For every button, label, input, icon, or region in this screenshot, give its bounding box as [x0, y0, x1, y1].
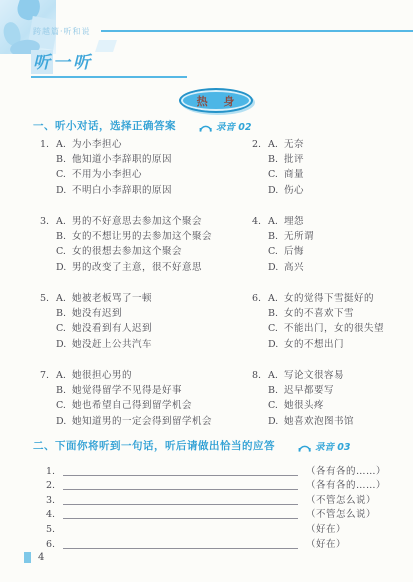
option-row: C.不能出门，女的很失望: [268, 321, 406, 336]
option-letter: C.: [268, 244, 284, 259]
option-letter: C.: [56, 398, 72, 413]
option-row: C.她没看到有人迟到: [56, 321, 252, 336]
option-letter: D.: [268, 337, 284, 352]
option-text: 女的很想去参加这个聚会: [72, 244, 182, 259]
option-row: B.女的不想让男的去参加这个聚会: [56, 229, 252, 244]
option-text: 埋怨: [284, 214, 304, 229]
option-letter: A.: [268, 368, 284, 383]
option-text: 商量: [284, 167, 304, 182]
option-row: D.她知道男的一定会得到留学机会: [56, 414, 252, 429]
option-text: 迟早都要写: [284, 383, 334, 398]
option-text: 为小李担心: [72, 137, 122, 152]
option-text: 女的不想让男的去参加这个聚会: [72, 229, 212, 244]
option-letter: D.: [56, 337, 72, 352]
answer-blank: [63, 479, 298, 490]
textbook-page: 跨越篇·听和说 听一听 热 身 一、听小对话，选择正确答案 录音 02 1.A.…: [0, 0, 413, 582]
option-letter: A.: [56, 368, 72, 383]
answer-blank: [63, 494, 298, 505]
option-letter: D.: [56, 260, 72, 275]
option-row: B.迟早都要写: [268, 383, 406, 398]
response-number: 3.: [46, 495, 61, 506]
option-text: 不明白小李辞职的原因: [72, 183, 172, 198]
option-row: A.无奈: [268, 137, 406, 152]
response-number: 4.: [46, 509, 61, 520]
option-letter: B.: [56, 229, 72, 244]
option-row: A.写论文很容易: [268, 368, 406, 383]
response-item-1: 1.（各有各的……）: [46, 462, 398, 477]
option-letter: C.: [268, 167, 284, 182]
option-row: B.他知道小李辞职的原因: [56, 152, 252, 167]
page-header: 跨越篇·听和说: [33, 24, 413, 38]
response-hint: （不管怎么说）: [306, 506, 398, 520]
option-text: 男的改变了主意，很不好意思: [72, 260, 202, 275]
option-text: 女的不想出门: [284, 337, 344, 352]
option-row: D.她没赶上公共汽车: [56, 337, 252, 352]
breadcrumb: 跨越篇·听和说: [33, 26, 91, 37]
answer-blank: [63, 465, 298, 476]
option-row: B.她觉得留学不见得是好事: [56, 383, 252, 398]
option-letter: C.: [56, 244, 72, 259]
page-number: 4: [38, 552, 44, 563]
question-7: 7.A.她很担心男的B.她觉得留学不见得是好事C.她也希望自己得到留学机会D.她…: [40, 368, 252, 445]
option-row: B.批评: [268, 152, 406, 167]
question-number: 5.: [40, 291, 49, 306]
option-row: D.伤心: [268, 183, 406, 198]
option-letter: B.: [56, 383, 72, 398]
option-row: A.埋怨: [268, 214, 406, 229]
headphone-icon: [198, 120, 213, 132]
title-decoration-tab: [95, 40, 117, 52]
option-text: 她很担心男的: [72, 368, 132, 383]
response-number: 2.: [46, 480, 61, 491]
option-row: D.高兴: [268, 260, 406, 275]
title-underline: [31, 76, 187, 78]
option-row: A.为小李担心: [56, 137, 252, 152]
option-letter: A.: [56, 137, 72, 152]
section-1-title: 一、听小对话，选择正确答案: [33, 118, 176, 133]
audio-cue-2: 录音 03: [297, 439, 351, 453]
question-6: 6.A.女的觉得下雪挺好的B.女的不喜欢下雪C.不能出门，女的很失望D.女的不想…: [252, 291, 406, 368]
answer-blank: [63, 523, 298, 534]
option-text: 她喜欢泡图书馆: [284, 414, 354, 429]
option-text: 她知道男的一定会得到留学机会: [72, 414, 212, 429]
option-letter: C.: [56, 321, 72, 336]
option-text: 女的不喜欢下雪: [284, 306, 354, 321]
option-letter: B.: [268, 152, 284, 167]
question-number: 4.: [252, 214, 261, 229]
response-list: 1.（各有各的……）2.（各有各的……）3.（不管怎么说）4.（不管怎么说）5.…: [46, 462, 398, 550]
header-divider: [101, 30, 413, 32]
response-hint: （不管怎么说）: [306, 492, 398, 506]
option-letter: B.: [56, 152, 72, 167]
option-text: 无奈: [284, 137, 304, 152]
audio-cue-1: 录音 02: [198, 119, 252, 133]
option-row: A.女的觉得下雪挺好的: [268, 291, 406, 306]
option-letter: C.: [268, 321, 284, 336]
option-text: 批评: [284, 152, 304, 167]
option-row: D.不明白小李辞职的原因: [56, 183, 252, 198]
option-letter: D.: [56, 183, 72, 198]
option-letter: B.: [268, 383, 284, 398]
option-letter: D.: [268, 260, 284, 275]
response-item-5: 5.（好在）: [46, 520, 398, 535]
option-text: 她没看到有人迟到: [72, 321, 152, 336]
audio-label: 录音 02: [216, 119, 252, 133]
section-1-header: 一、听小对话，选择正确答案 录音 02: [33, 118, 252, 133]
option-row: C.不用为小李担心: [56, 167, 252, 182]
page-title: 听一听: [33, 48, 203, 73]
option-row: C.商量: [268, 167, 406, 182]
section-2-title: 二、下面你将听到一句话，听后请做出恰当的应答: [33, 438, 275, 453]
option-text: 她觉得留学不见得是好事: [72, 383, 182, 398]
response-hint: （各有各的……）: [306, 463, 398, 477]
section-2-header: 二、下面你将听到一句话，听后请做出恰当的应答 录音 03: [33, 438, 351, 453]
option-row: B.无所谓: [268, 229, 406, 244]
option-row: C.她很头疼: [268, 398, 406, 413]
question-number: 8.: [252, 368, 261, 383]
option-text: 写论文很容易: [284, 368, 344, 383]
question-number: 1.: [40, 137, 49, 152]
answer-blank: [63, 508, 298, 519]
option-letter: D.: [56, 414, 72, 429]
question-number: 3.: [40, 214, 49, 229]
option-text: 她也希望自己得到留学机会: [72, 398, 192, 413]
warmup-badge: 热 身: [179, 88, 253, 113]
option-text: 伤心: [284, 183, 304, 198]
page-number-decoration: [24, 552, 31, 563]
question-1: 1.A.为小李担心B.他知道小李辞职的原因C.不用为小李担心D.不明白小李辞职的…: [40, 137, 252, 214]
audio-label: 录音 03: [315, 439, 351, 453]
option-row: B.女的不喜欢下雪: [268, 306, 406, 321]
option-letter: C.: [268, 398, 284, 413]
option-text: 后悔: [284, 244, 304, 259]
option-text: 她很头疼: [284, 398, 324, 413]
option-letter: D.: [268, 414, 284, 429]
response-hint: （各有各的……）: [306, 477, 398, 491]
option-row: C.女的很想去参加这个聚会: [56, 244, 252, 259]
response-item-2: 2.（各有各的……）: [46, 477, 398, 492]
option-text: 她没有迟到: [72, 306, 122, 321]
headphone-icon: [297, 440, 312, 452]
option-text: 高兴: [284, 260, 304, 275]
response-number: 5.: [46, 524, 61, 535]
option-text: 她被老板骂了一顿: [72, 291, 152, 306]
response-item-4: 4.（不管怎么说）: [46, 506, 398, 521]
option-row: D.男的改变了主意，很不好意思: [56, 260, 252, 275]
option-letter: A.: [268, 214, 284, 229]
response-hint: （好在）: [306, 521, 398, 535]
response-item-6: 6.（好在）: [46, 535, 398, 550]
option-text: 男的不好意思去参加这个聚会: [72, 214, 202, 229]
option-row: C.后悔: [268, 244, 406, 259]
option-letter: D.: [268, 183, 284, 198]
question-8: 8.A.写论文很容易B.迟早都要写C.她很头疼D.她喜欢泡图书馆: [252, 368, 406, 445]
option-letter: C.: [56, 167, 72, 182]
answer-blank: [63, 538, 298, 549]
option-text: 女的觉得下雪挺好的: [284, 291, 374, 306]
question-4: 4.A.埋怨B.无所谓C.后悔D.高兴: [252, 214, 406, 291]
option-text: 他知道小李辞职的原因: [72, 152, 172, 167]
option-letter: A.: [56, 291, 72, 306]
option-letter: A.: [56, 214, 72, 229]
option-letter: B.: [56, 306, 72, 321]
option-letter: A.: [268, 291, 284, 306]
option-row: A.她被老板骂了一顿: [56, 291, 252, 306]
option-row: C.她也希望自己得到留学机会: [56, 398, 252, 413]
option-letter: A.: [268, 137, 284, 152]
option-text: 无所谓: [284, 229, 314, 244]
option-letter: B.: [268, 306, 284, 321]
response-hint: （好在）: [306, 536, 398, 550]
question-5: 5.A.她被老板骂了一顿B.她没有迟到C.她没看到有人迟到D.她没赶上公共汽车: [40, 291, 252, 368]
option-text: 不用为小李担心: [72, 167, 142, 182]
question-number: 6.: [252, 291, 261, 306]
option-row: B.她没有迟到: [56, 306, 252, 321]
question-number: 2.: [252, 137, 261, 152]
question-grid: 1.A.为小李担心B.他知道小李辞职的原因C.不用为小李担心D.不明白小李辞职的…: [40, 137, 406, 445]
option-text: 她没赶上公共汽车: [72, 337, 152, 352]
question-2: 2.A.无奈B.批评C.商量D.伤心: [252, 137, 406, 214]
question-number: 7.: [40, 368, 49, 383]
page-title-text: 听一听: [33, 53, 93, 73]
option-row: A.男的不好意思去参加这个聚会: [56, 214, 252, 229]
warmup-badge-label: 热 身: [197, 93, 241, 109]
option-letter: B.: [268, 229, 284, 244]
option-row: A.她很担心男的: [56, 368, 252, 383]
response-item-3: 3.（不管怎么说）: [46, 491, 398, 506]
response-number: 1.: [46, 466, 61, 477]
question-3: 3.A.男的不好意思去参加这个聚会B.女的不想让男的去参加这个聚会C.女的很想去…: [40, 214, 252, 291]
option-text: 不能出门，女的很失望: [284, 321, 384, 336]
response-number: 6.: [46, 539, 61, 550]
option-row: D.她喜欢泡图书馆: [268, 414, 406, 429]
option-row: D.女的不想出门: [268, 337, 406, 352]
